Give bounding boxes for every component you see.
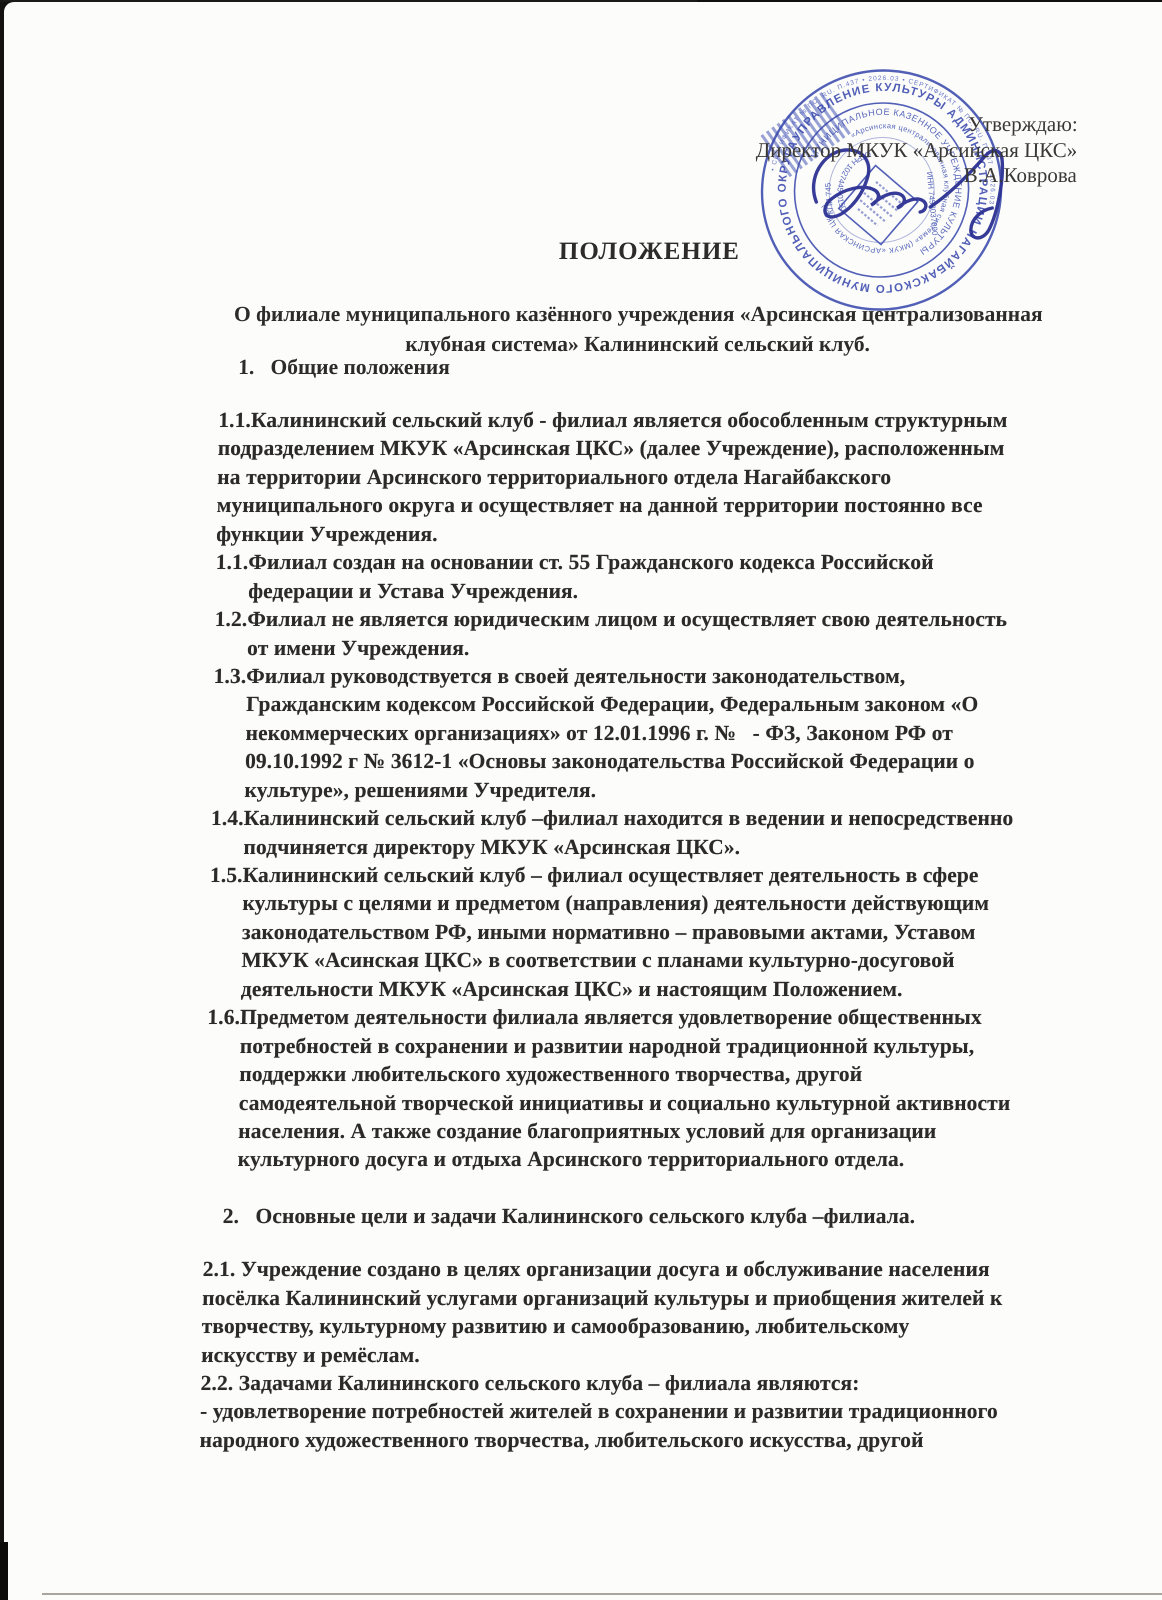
body-line: потребностей в сохранении и развитии нар… <box>207 1032 1012 1060</box>
scan-bottom-line <box>42 1593 1162 1595</box>
approval-block: Утверждаю: Директор МКУК «Арсинская ЦКС»… <box>755 112 1078 189</box>
approval-line-1: Утверждаю: <box>756 112 1078 138</box>
scan-top-edge <box>0 0 697 2</box>
body-line: законодательством РФ, иными нормативно –… <box>209 918 1014 946</box>
body-line: поддержки любительского художественного … <box>206 1060 1011 1088</box>
body-line: 1.6.Предметом деятельности филиала являе… <box>207 1003 1012 1031</box>
body-line: Гражданским кодексом Российской Федераци… <box>213 690 1018 718</box>
approval-line-2: Директор МКУК «Арсинская ЦКС» <box>756 138 1078 164</box>
body-line: - удовлетворение потребностей жителей в … <box>200 1397 1005 1425</box>
subtitle-line-2: клубная система» Калининский сельский кл… <box>197 329 1078 359</box>
body-line: самодеятельной творческой инициативы и с… <box>206 1089 1011 1117</box>
body-line: посёлка Калининский услугами организаций… <box>202 1284 1007 1312</box>
body-line: культуры с целями и предметом (направлен… <box>209 889 1014 917</box>
body-line: 2. Основные цели и задачи Калининского с… <box>203 1202 1008 1230</box>
body-line: на территории Арсинского территориальног… <box>217 463 1022 491</box>
body-line: искусству и ремёслам. <box>201 1341 1006 1369</box>
body-line: деятельности МКУК «Арсинская ЦКС» и наст… <box>208 975 1013 1003</box>
body-gap <box>204 1174 1009 1202</box>
body-line: федерации и Устава Учреждения. <box>215 577 1020 605</box>
scanned-page: Утверждаю: Директор МКУК «Арсинская ЦКС»… <box>4 2 1162 1600</box>
body-line: некоммерческих организациях» от 12.01.19… <box>212 719 1017 747</box>
body-line: 2.2. Задачами Калининского сельского клу… <box>200 1369 1005 1397</box>
body-line: 1.5.Калининский сельский клуб – филиал о… <box>210 861 1015 889</box>
body-line: от имени Учреждения. <box>214 634 1019 662</box>
approval-line-3: В.А.Коврова <box>755 163 1077 189</box>
body-line: муниципального округа и осуществляет на … <box>217 491 1022 519</box>
body-line: культуре», решениями Учредителя. <box>211 776 1016 804</box>
scan-left-edge <box>0 0 4 1600</box>
body-lines: 1.1.Калининский сельский клуб - филиал я… <box>199 406 1023 1454</box>
body-line: населения. А также создание благоприятны… <box>205 1117 1010 1145</box>
body-line: 1.1.Калининский сельский клуб - филиал я… <box>218 406 1023 434</box>
body-line: 09.10.1992 г № 3612-1 «Основы законодате… <box>212 747 1017 775</box>
body-line: МКУК «Асинская ЦКС» в соответствии с пла… <box>208 946 1013 974</box>
page-content: Утверждаю: Директор МКУК «Арсинская ЦКС»… <box>0 2 1162 1600</box>
body-line: 1.3.Филиал руководствуется в своей деяте… <box>213 662 1018 690</box>
body-line: подчиняется директору МКУК «Арсинская ЦК… <box>210 833 1015 861</box>
body-line: подразделением МКУК «Арсинская ЦКС» (дал… <box>218 434 1023 462</box>
body-gap <box>203 1230 1008 1255</box>
body-line: 2.1. Учреждение создано в целях организа… <box>203 1255 1008 1283</box>
body-line: творчеству, культурному развитию и самоо… <box>201 1312 1006 1340</box>
body-line: 1.4.Калининский сельский клуб –филиал на… <box>211 804 1016 832</box>
body-line: культурного досуга и отдыха Арсинского т… <box>205 1145 1010 1173</box>
scan-left-edge-bottom <box>0 1542 8 1600</box>
body-line: функции Учреждения. <box>216 520 1021 548</box>
body-line: народного художественного творчества, лю… <box>199 1426 1004 1454</box>
body-line: 1.2.Филиал не является юридическим лицом… <box>214 605 1019 633</box>
body-line: 1.1.Филиал создан на основании ст. 55 Гр… <box>215 548 1020 576</box>
